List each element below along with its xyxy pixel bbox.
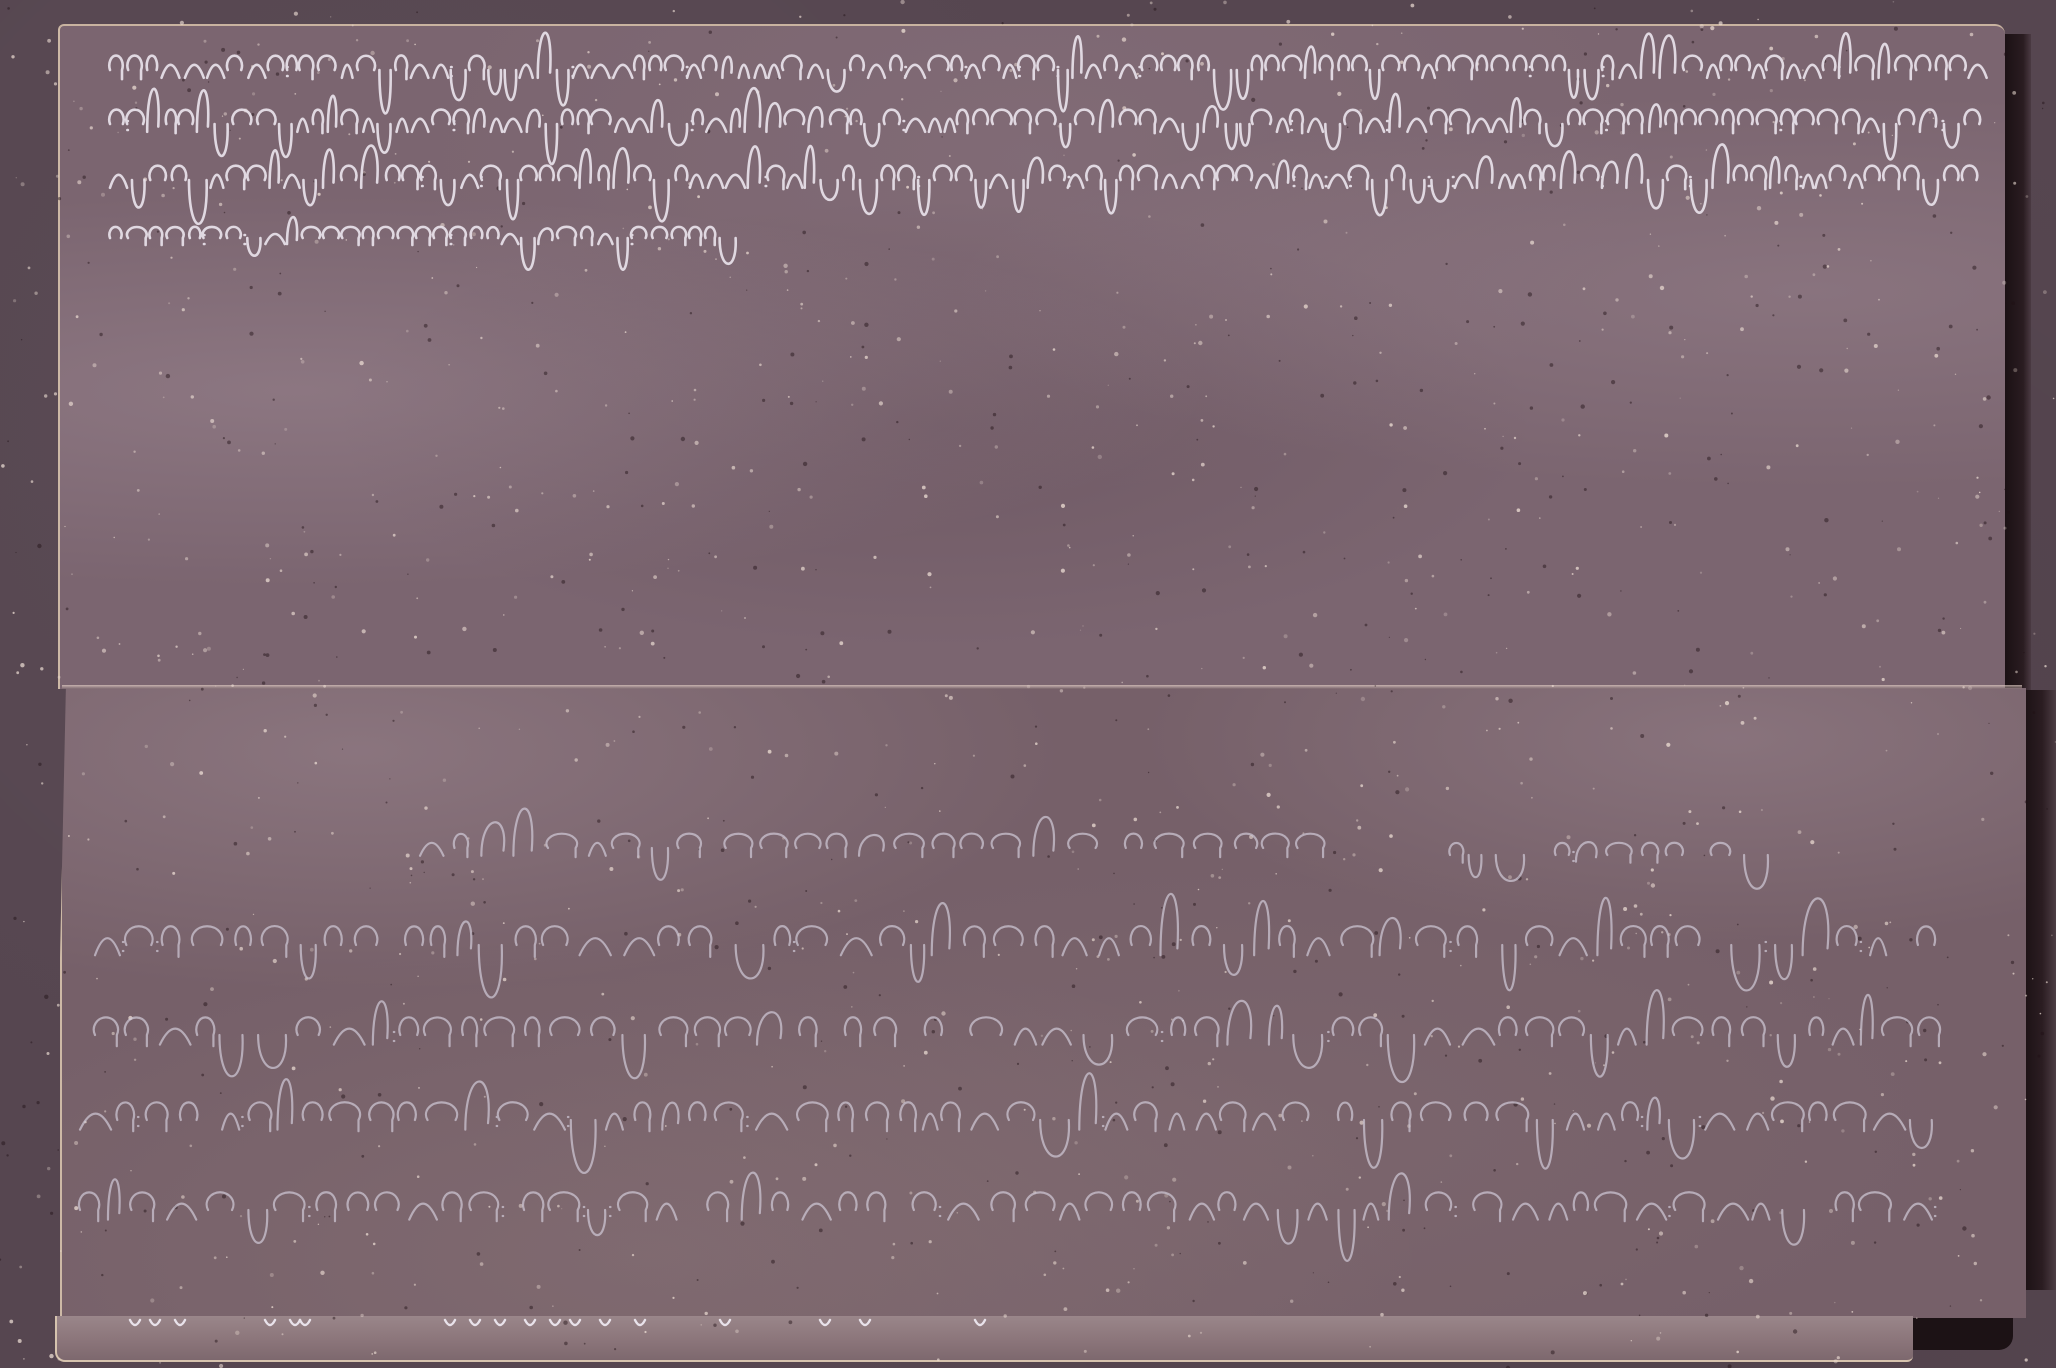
bottom-folio-edge: Next folded leaf edge with cut-off scrip… [55,1316,1913,1362]
fold-crease [62,685,2022,689]
upper-folio: Upper folio with formal Burmese script [58,24,2005,689]
lower-folio: Lower folio with cursive Burmese script [60,688,2026,1318]
bottom-leaf-shadow [1913,1318,2013,1350]
upper-panel-shadow [2005,34,2031,694]
lower-panel-shadow [2022,690,2056,1290]
